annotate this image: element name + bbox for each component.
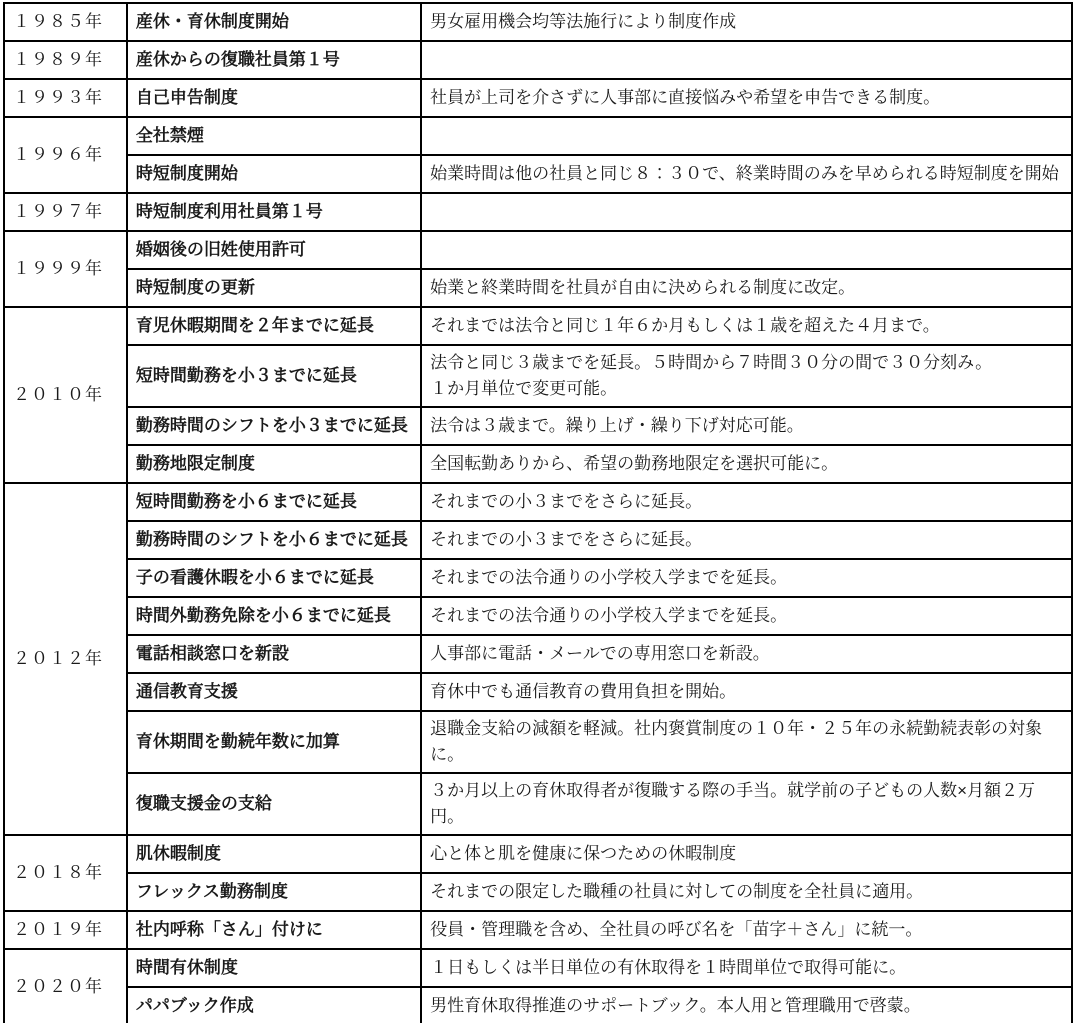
policy-cell: 時間有休制度: [127, 949, 421, 987]
year-cell: １９８５年: [4, 3, 127, 41]
table-row: 勤務時間のシフトを小６までに延長それまでの小３までをさらに延長。: [4, 521, 1072, 559]
description-cell: 始業と終業時間を社員が自由に決められる制度に改定。: [421, 269, 1072, 307]
policy-cell: 電話相談窓口を新設: [127, 635, 421, 673]
year-cell: １９９７年: [4, 193, 127, 231]
policy-cell: 勤務地限定制度: [127, 445, 421, 483]
table-row: １９９９年婚姻後の旧姓使用許可: [4, 231, 1072, 269]
description-cell: ３か月以上の育休取得者が復職する際の手当。就学前の子どもの人数×月額２万円。: [421, 773, 1072, 835]
description-cell: 始業時間は他の社員と同じ８：３０で、終業時間のみを早められる時短制度を開始: [421, 155, 1072, 193]
table-row: 短時間勤務を小３までに延長法令と同じ３歳までを延長。５時間から７時間３０分の間で…: [4, 345, 1072, 407]
description-cell: 法令と同じ３歳までを延長。５時間から７時間３０分の間で３０分刻み。１か月単位で変…: [421, 345, 1072, 407]
year-cell: １９８９年: [4, 41, 127, 79]
policy-cell: 時短制度の更新: [127, 269, 421, 307]
description-cell: １日もしくは半日単位の有休取得を１時間単位で取得可能に。: [421, 949, 1072, 987]
document-page: １９８５年産休・育休制度開始男女雇用機会均等法施行により制度作成１９８９年産休か…: [0, 0, 1090, 1023]
description-cell: [421, 117, 1072, 155]
policy-cell: 勤務時間のシフトを小６までに延長: [127, 521, 421, 559]
description-cell: 男女雇用機会均等法施行により制度作成: [421, 3, 1072, 41]
policy-cell: 短時間勤務を小６までに延長: [127, 483, 421, 521]
year-cell: ２０１８年: [4, 835, 127, 911]
table-row: ２０１０年育児休暇期間を２年までに延長それまでは法令と同じ１年６か月もしくは１歳…: [4, 307, 1072, 345]
policy-cell: 全社禁煙: [127, 117, 421, 155]
policy-cell: 短時間勤務を小３までに延長: [127, 345, 421, 407]
policy-cell: 勤務時間のシフトを小３までに延長: [127, 407, 421, 445]
policy-cell: 肌休暇制度: [127, 835, 421, 873]
table-row: ２０１９年社内呼称「さん」付けに役員・管理職を含め、全社員の呼び名を「苗字＋さん…: [4, 911, 1072, 949]
description-cell: 全国転勤ありから、希望の勤務地限定を選択可能に。: [421, 445, 1072, 483]
table-row: 電話相談窓口を新設人事部に電話・メールでの専用窓口を新設。: [4, 635, 1072, 673]
table-row: １９９３年自己申告制度社員が上司を介さずに人事部に直接悩みや希望を申告できる制度…: [4, 79, 1072, 117]
table-row: 時短制度の更新始業と終業時間を社員が自由に決められる制度に改定。: [4, 269, 1072, 307]
description-cell: それまでの小３までをさらに延長。: [421, 521, 1072, 559]
description-cell: それまでの法令通りの小学校入学までを延長。: [421, 559, 1072, 597]
table-row: パパブック作成男性育休取得推進のサポートブック。本人用と管理職用で啓蒙。: [4, 987, 1072, 1023]
description-cell: 退職金支給の減額を軽減。社内褒賞制度の１０年・２５年の永続勤続表彰の対象に。: [421, 711, 1072, 773]
description-cell: 法令は３歳まで。繰り上げ・繰り下げ対応可能。: [421, 407, 1072, 445]
year-cell: １９９６年: [4, 117, 127, 193]
description-cell: 役員・管理職を含め、全社員の呼び名を「苗字＋さん」に統一。: [421, 911, 1072, 949]
table-row: ２０２０年時間有休制度１日もしくは半日単位の有休取得を１時間単位で取得可能に。: [4, 949, 1072, 987]
policy-cell: 社内呼称「さん」付けに: [127, 911, 421, 949]
policy-cell: 育児休暇期間を２年までに延長: [127, 307, 421, 345]
table-row: フレックス勤務制度それまでの限定した職種の社員に対しての制度を全社員に適用。: [4, 873, 1072, 911]
description-cell: 男性育休取得推進のサポートブック。本人用と管理職用で啓蒙。: [421, 987, 1072, 1023]
policy-cell: 復職支援金の支給: [127, 773, 421, 835]
table-row: １９８５年産休・育休制度開始男女雇用機会均等法施行により制度作成: [4, 3, 1072, 41]
description-cell: 心と体と肌を健康に保つための休暇制度: [421, 835, 1072, 873]
year-cell: ２０１０年: [4, 307, 127, 483]
description-cell: 人事部に電話・メールでの専用窓口を新設。: [421, 635, 1072, 673]
table-row: １９９７年時短制度利用社員第１号: [4, 193, 1072, 231]
description-cell: [421, 193, 1072, 231]
timeline-table-body: １９８５年産休・育休制度開始男女雇用機会均等法施行により制度作成１９８９年産休か…: [4, 3, 1072, 1023]
year-cell: １９９９年: [4, 231, 127, 307]
description-cell: [421, 41, 1072, 79]
policy-cell: 時短制度利用社員第１号: [127, 193, 421, 231]
table-row: 時短制度開始始業時間は他の社員と同じ８：３０で、終業時間のみを早められる時短制度…: [4, 155, 1072, 193]
policy-cell: 時短制度開始: [127, 155, 421, 193]
description-cell: それまでの限定した職種の社員に対しての制度を全社員に適用。: [421, 873, 1072, 911]
policy-cell: 産休・育休制度開始: [127, 3, 421, 41]
description-cell: 育休中でも通信教育の費用負担を開始。: [421, 673, 1072, 711]
table-row: 子の看護休暇を小６までに延長それまでの法令通りの小学校入学までを延長。: [4, 559, 1072, 597]
table-row: ２０１８年肌休暇制度心と体と肌を健康に保つための休暇制度: [4, 835, 1072, 873]
timeline-table: １９８５年産休・育休制度開始男女雇用機会均等法施行により制度作成１９８９年産休か…: [3, 2, 1073, 1023]
year-cell: １９９３年: [4, 79, 127, 117]
table-row: １９９６年全社禁煙: [4, 117, 1072, 155]
year-cell: ２０１９年: [4, 911, 127, 949]
description-cell: 社員が上司を介さずに人事部に直接悩みや希望を申告できる制度。: [421, 79, 1072, 117]
policy-cell: 通信教育支援: [127, 673, 421, 711]
description-cell: それまでの法令通りの小学校入学までを延長。: [421, 597, 1072, 635]
table-row: ２０１２年短時間勤務を小６までに延長それまでの小３までをさらに延長。: [4, 483, 1072, 521]
table-row: 通信教育支援育休中でも通信教育の費用負担を開始。: [4, 673, 1072, 711]
policy-cell: 自己申告制度: [127, 79, 421, 117]
policy-cell: 婚姻後の旧姓使用許可: [127, 231, 421, 269]
table-row: １９８９年産休からの復職社員第１号: [4, 41, 1072, 79]
description-cell: それまでの小３までをさらに延長。: [421, 483, 1072, 521]
table-row: 復職支援金の支給３か月以上の育休取得者が復職する際の手当。就学前の子どもの人数×…: [4, 773, 1072, 835]
policy-cell: フレックス勤務制度: [127, 873, 421, 911]
policy-cell: パパブック作成: [127, 987, 421, 1023]
policy-cell: 時間外勤務免除を小６までに延長: [127, 597, 421, 635]
year-cell: ２０１２年: [4, 483, 127, 835]
policy-cell: 子の看護休暇を小６までに延長: [127, 559, 421, 597]
policy-cell: 産休からの復職社員第１号: [127, 41, 421, 79]
table-row: 育休期間を勤続年数に加算退職金支給の減額を軽減。社内褒賞制度の１０年・２５年の永…: [4, 711, 1072, 773]
description-cell: それまでは法令と同じ１年６か月もしくは１歳を超えた４月まで。: [421, 307, 1072, 345]
table-row: 時間外勤務免除を小６までに延長それまでの法令通りの小学校入学までを延長。: [4, 597, 1072, 635]
year-cell: ２０２０年: [4, 949, 127, 1023]
description-cell: [421, 231, 1072, 269]
table-row: 勤務地限定制度全国転勤ありから、希望の勤務地限定を選択可能に。: [4, 445, 1072, 483]
policy-cell: 育休期間を勤続年数に加算: [127, 711, 421, 773]
table-row: 勤務時間のシフトを小３までに延長法令は３歳まで。繰り上げ・繰り下げ対応可能。: [4, 407, 1072, 445]
